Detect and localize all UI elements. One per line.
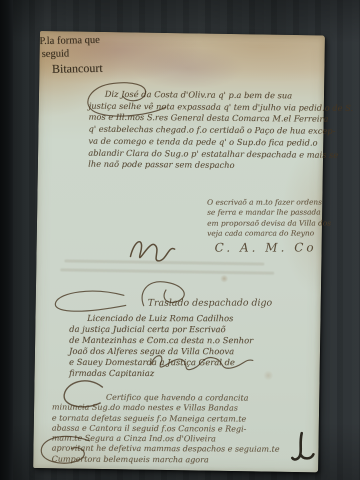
scan-left-shadow-strip xyxy=(0,0,13,480)
handwritten-line: se ferra e mandar lhe passada xyxy=(207,208,331,219)
paragraph-2-end-flourish xyxy=(147,349,257,377)
handwritten-line: de Mantezinhas e Com.ca desta n.o Senhor xyxy=(69,335,269,346)
signature-block: P.la forma que seguid Bitancourt xyxy=(39,31,325,77)
handwritten-line: Licenciado de Luiz Roma Cadilhos xyxy=(87,313,269,324)
handwritten-line: veja cada comarca do Reyno xyxy=(207,229,331,240)
manuscript-paper: Diz José da Costa d'Oliv.ra q' p.a bem d… xyxy=(33,31,325,472)
handwritten-line: da justiça Judicial certa por Escrivaõ xyxy=(69,324,269,335)
section-title: Traslado despachado digo xyxy=(148,298,272,309)
handwritten-line: lhe naõ pode passar sem despacho xyxy=(88,159,326,173)
handwritten-line: minuncia Sug.do mado nestes e Villas Ban… xyxy=(52,403,296,415)
bold-ink-mark xyxy=(287,430,318,466)
scanned-document-background: Diz José da Costa d'Oliv.ra q' p.a bem d… xyxy=(0,0,360,480)
side-note: O escrivaõ a m.to fazer ordensse ferra e… xyxy=(207,198,331,240)
bottom-left-swash-flourish xyxy=(35,432,94,471)
side-note-initials: C. A. M. Co xyxy=(215,240,317,254)
paragraph-1: Diz José da Costa d'Oliv.ra q' p.a bem d… xyxy=(88,89,327,173)
handwritten-line: O escrivaõ a m.to fazer ordens xyxy=(207,198,331,209)
ink-bleedthrough-line xyxy=(60,268,274,274)
signature-name: Bitancourt xyxy=(52,56,325,76)
handwritten-line: em proporsaõ devisa da Villa dos xyxy=(207,218,331,229)
